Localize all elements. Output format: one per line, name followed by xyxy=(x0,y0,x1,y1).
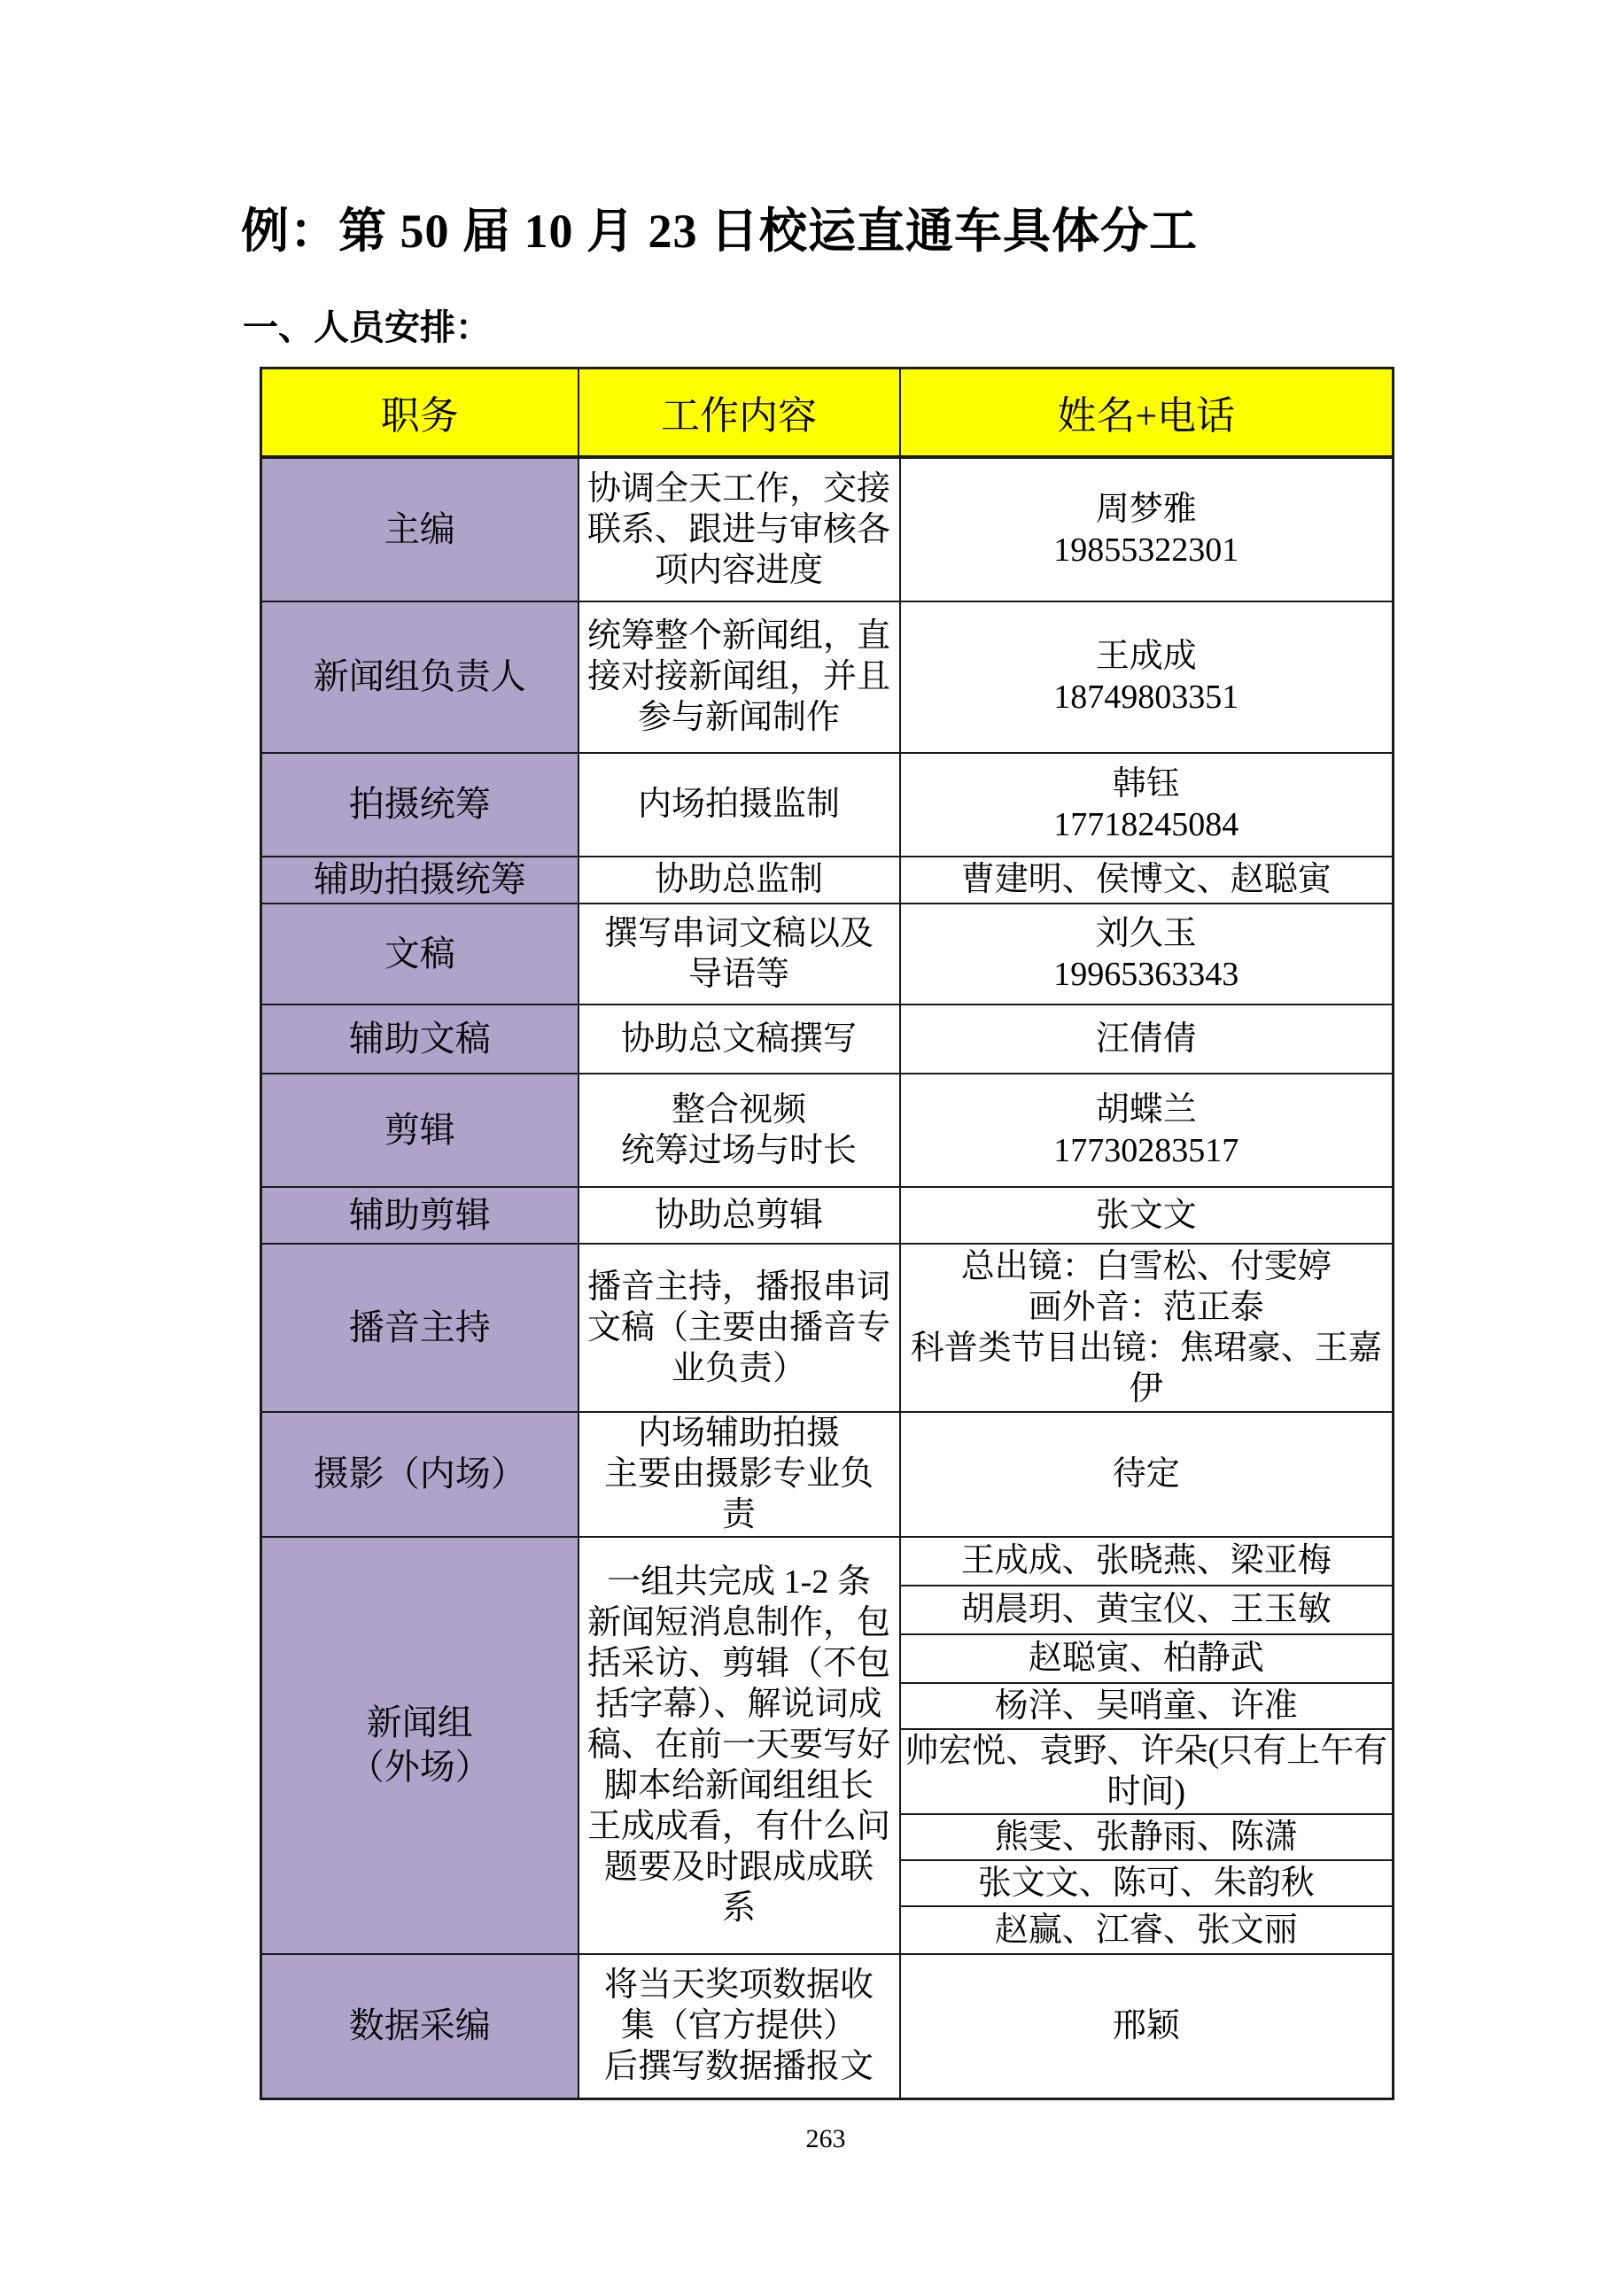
table-row: 播音主持 播音主持，播报串词 文稿（主要由播音专 业负责） 总出镜：白雪松、付雯… xyxy=(261,1244,1394,1412)
header-cell-role: 职务 xyxy=(261,368,579,457)
role-cell: 数据采编 xyxy=(261,1954,579,2099)
role-cell: 文稿 xyxy=(261,904,579,1004)
table-row: 剪辑 整合视频 统筹过场与时长 胡蝶兰 17730283517 xyxy=(261,1074,1394,1187)
names-subrow-cell: 赵赢、江睿、张文丽 xyxy=(900,1906,1394,1954)
table-row: 摄影（内场） 内场辅助拍摄 主要由摄影专业负 责 待定 xyxy=(261,1412,1394,1537)
role-cell: 播音主持 xyxy=(261,1244,579,1412)
header-cell-work: 工作内容 xyxy=(579,368,900,457)
names-cell: 待定 xyxy=(900,1412,1394,1537)
table-row: 新闻组 （外场） 一组共完成 1-2 条 新闻短消息制作，包 括采访、剪辑（不包… xyxy=(261,1537,1394,1586)
names-subrow-cell: 杨洋、吴哨童、许准 xyxy=(900,1683,1394,1729)
role-cell: 辅助文稿 xyxy=(261,1004,579,1074)
work-cell: 撰写串词文稿以及 导语等 xyxy=(579,904,900,1004)
assignments-table: 职务 工作内容 姓名+电话 主编 协调全天工作，交接 联系、跟进与审核各 项内容… xyxy=(260,367,1394,2100)
work-cell: 一组共完成 1-2 条 新闻短消息制作，包 括采访、剪辑（不包 括字幕）、解说词… xyxy=(579,1537,900,1954)
table-row: 辅助拍摄统筹 协助总监制 曹建明、侯博文、赵聪寅 xyxy=(261,857,1394,904)
work-cell: 协助总剪辑 xyxy=(579,1187,900,1244)
role-cell: 新闻组 （外场） xyxy=(261,1537,579,1954)
table-row: 拍摄统筹 内场拍摄监制 韩钰 17718245084 xyxy=(261,753,1394,857)
role-cell: 新闻组负责人 xyxy=(261,601,579,753)
work-cell: 协调全天工作，交接 联系、跟进与审核各 项内容进度 xyxy=(579,457,900,601)
names-cell: 总出镜：白雪松、付雯婷 画外音：范正泰 科普类节目出镜：焦珺豪、王嘉 伊 xyxy=(900,1244,1394,1412)
role-cell: 主编 xyxy=(261,457,579,601)
names-cell: 胡蝶兰 17730283517 xyxy=(900,1074,1394,1187)
names-subrow-cell: 王成成、张晓燕、梁亚梅 xyxy=(900,1537,1394,1586)
table-row: 辅助文稿 协助总文稿撰写 汪倩倩 xyxy=(261,1004,1394,1074)
table-row: 主编 协调全天工作，交接 联系、跟进与审核各 项内容进度 周梦雅 1985532… xyxy=(261,457,1394,601)
section-heading: 一、人员安排： xyxy=(243,305,491,351)
page-number: 263 xyxy=(260,2124,1392,2154)
work-cell: 将当天奖项数据收 集（官方提供） 后撰写数据播报文 xyxy=(579,1954,900,2099)
work-cell: 整合视频 统筹过场与时长 xyxy=(579,1074,900,1187)
names-cell: 汪倩倩 xyxy=(900,1004,1394,1074)
names-subrow-cell: 帅宏悦、袁野、许朵(只有上午有 时间) xyxy=(900,1729,1394,1814)
role-cell: 摄影（内场） xyxy=(261,1412,579,1537)
names-cell: 张文文 xyxy=(900,1187,1394,1244)
page-title: 例：第 50 届 10 月 23 日校运直通车具体分工 xyxy=(241,198,1198,264)
table-row: 数据采编 将当天奖项数据收 集（官方提供） 后撰写数据播报文 邢颖 xyxy=(261,1954,1394,2099)
header-cell-names: 姓名+电话 xyxy=(900,368,1394,457)
names-cell: 邢颖 xyxy=(900,1954,1394,2099)
names-cell: 王成成 18749803351 xyxy=(900,601,1394,753)
names-subrow-cell: 张文文、陈可、朱韵秋 xyxy=(900,1860,1394,1906)
names-cell: 刘久玉 19965363343 xyxy=(900,904,1394,1004)
role-cell: 辅助剪辑 xyxy=(261,1187,579,1244)
names-subrow-cell: 赵聪寅、柏静武 xyxy=(900,1634,1394,1683)
names-subrow-cell: 胡晨玥、黄宝仪、王玉敏 xyxy=(900,1586,1394,1634)
work-cell: 协助总监制 xyxy=(579,857,900,904)
role-cell: 拍摄统筹 xyxy=(261,753,579,857)
role-cell: 剪辑 xyxy=(261,1074,579,1187)
names-cell: 韩钰 17718245084 xyxy=(900,753,1394,857)
work-cell: 播音主持，播报串词 文稿（主要由播音专 业负责） xyxy=(579,1244,900,1412)
names-cell: 周梦雅 19855322301 xyxy=(900,457,1394,601)
work-cell: 协助总文稿撰写 xyxy=(579,1004,900,1074)
names-subrow-cell: 熊雯、张静雨、陈潇 xyxy=(900,1814,1394,1860)
role-cell: 辅助拍摄统筹 xyxy=(261,857,579,904)
table-row: 辅助剪辑 协助总剪辑 张文文 xyxy=(261,1187,1394,1244)
header-row: 职务 工作内容 姓名+电话 xyxy=(261,368,1394,457)
table-row: 文稿 撰写串词文稿以及 导语等 刘久玉 19965363343 xyxy=(261,904,1394,1004)
work-cell: 内场拍摄监制 xyxy=(579,753,900,857)
work-cell: 内场辅助拍摄 主要由摄影专业负 责 xyxy=(579,1412,900,1537)
work-cell: 统筹整个新闻组，直 接对接新闻组，并且 参与新闻制作 xyxy=(579,601,900,753)
table-row: 新闻组负责人 统筹整个新闻组，直 接对接新闻组，并且 参与新闻制作 王成成 18… xyxy=(261,601,1394,753)
names-cell: 曹建明、侯博文、赵聪寅 xyxy=(900,857,1394,904)
